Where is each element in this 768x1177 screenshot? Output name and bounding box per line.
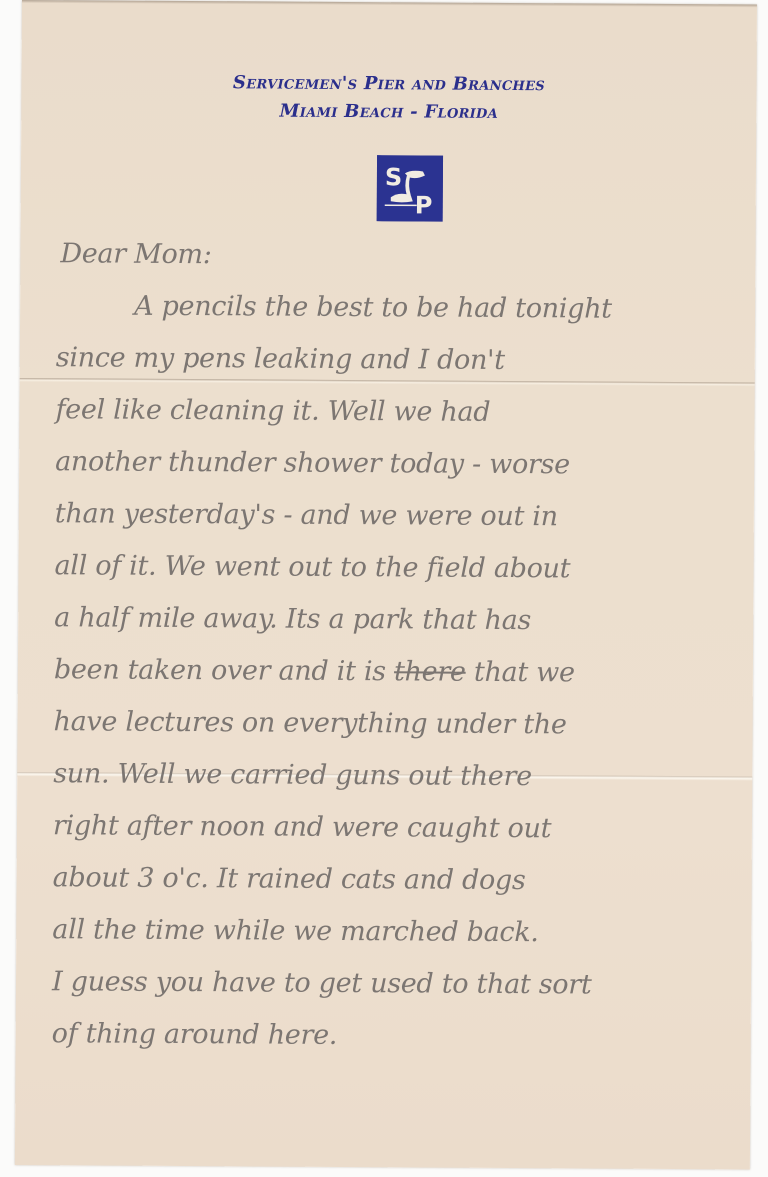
letter-line-tail: that we: [474, 657, 575, 689]
letter-line: I guess you have to get used to that sor…: [52, 956, 742, 1012]
letter-line: since my pens leaking and I don't: [56, 332, 746, 388]
letter-line: another thunder shower today - worse: [55, 436, 745, 492]
letter-line: all the time while we marched back.: [52, 904, 742, 960]
letter-line: of thing around here.: [52, 1008, 742, 1064]
letter-line-with-strikethrough: been taken over and it is there that we: [54, 644, 744, 700]
letterhead-location: Miami Beach - Florida: [21, 96, 756, 128]
letter-line: right after noon and were caught out: [53, 800, 743, 856]
letter-line: than yesterday's - and we were out in: [55, 488, 745, 544]
letter-line: all of it. We went out to the field abou…: [54, 540, 744, 596]
struck-word: there: [394, 656, 466, 687]
letter-line: a half mile away. Its a park that has: [54, 592, 744, 648]
letter-line-text: been taken over and it is: [54, 654, 386, 687]
letterhead: Servicemen's Pier and Branches Miami Bea…: [21, 68, 756, 128]
letter-line: feel like cleaning it. Well we had: [55, 384, 745, 440]
letterhead-organization: Servicemen's Pier and Branches: [21, 68, 756, 100]
logo-letter-p: P: [415, 191, 433, 219]
letter-line: sun. Well we carried guns out there: [53, 748, 743, 804]
letter-page: Servicemen's Pier and Branches Miami Bea…: [15, 0, 757, 1169]
handwritten-letter-body: Dear Mom: A pencils the best to be had t…: [52, 228, 747, 1064]
letter-line: about 3 o'c. It rained cats and dogs: [52, 852, 742, 908]
logo-letter-s: S: [385, 163, 402, 191]
letter-line: A pencils the best to be had tonight: [56, 280, 746, 336]
pelican-icon: S P: [377, 155, 443, 221]
salutation: Dear Mom:: [56, 228, 746, 284]
sp-pelican-logo: S P: [377, 155, 443, 221]
letter-line: have lectures on everything under the: [53, 696, 743, 752]
